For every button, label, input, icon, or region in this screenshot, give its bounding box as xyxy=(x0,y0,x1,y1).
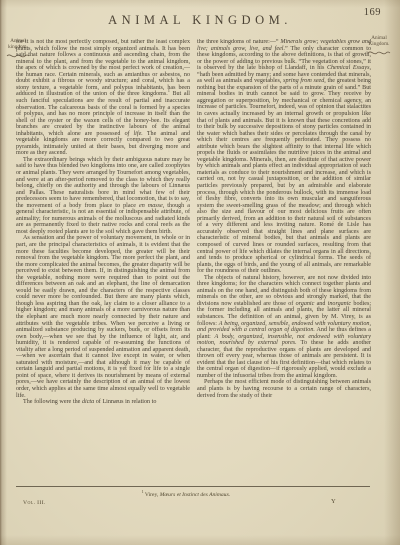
paragraph: The extraordinary beings which by their … xyxy=(16,157,190,236)
page-title: ANIMAL KINGDOM. xyxy=(0,13,400,28)
page-number: 169 xyxy=(364,7,381,18)
volume-label: Vol. III. xyxy=(23,500,46,506)
footnote-source: Virey, xyxy=(144,492,160,498)
footnote: 1 Virey, Mœurs et Instinct des Animaux. xyxy=(16,492,356,498)
footnote-rule xyxy=(16,486,370,487)
signature-mark: Y xyxy=(331,498,336,505)
paragraph: the three kingdoms of nature:—“ Minerals… xyxy=(197,39,371,275)
paragraph: The following were the dicta of Linnæus … xyxy=(16,399,190,406)
text-column-left: for it is not the most perfectly compose… xyxy=(16,39,190,482)
text-columns: for it is not the most perfectly compose… xyxy=(16,39,371,482)
paragraph: The objects of natural history, however,… xyxy=(197,275,371,380)
margin-note-right-text: Animal Kingdom. xyxy=(369,35,390,47)
book-page: ANIMAL KINGDOM. 169 Animal kingdom. Anim… xyxy=(0,0,400,545)
footnote-work-title: Mœurs et Instinct des Animaux. xyxy=(160,492,231,498)
text-column-right: the three kingdoms of nature:—“ Minerals… xyxy=(197,39,371,482)
paragraph: for it is not the most perfectly compose… xyxy=(16,39,190,157)
paragraph: Perhaps the most efficient mode of disti… xyxy=(197,379,371,399)
paragraph: As sensation and the power of voluntary … xyxy=(16,235,190,399)
